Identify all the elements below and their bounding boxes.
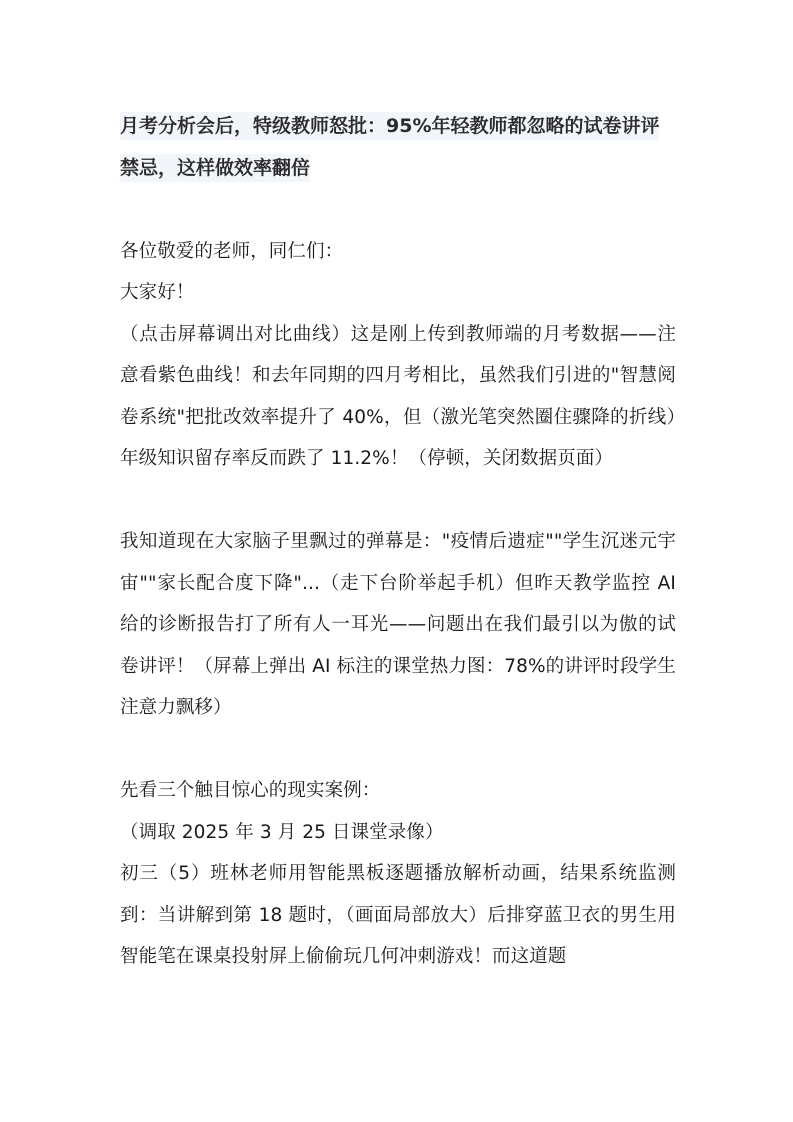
blank-line [120, 729, 676, 771]
document-page: 月考分析会后，特级教师怒批：95%年轻教师都忽略的试卷讲评禁忌，这样做效率翻倍 … [120, 106, 676, 978]
title-text: 月考分析会后，特级教师怒批：95%年轻教师都忽略的试卷讲评禁忌，这样做效率翻倍 [120, 112, 659, 182]
paragraph-ai-diagnosis: 我知道现在大家脑子里飘过的弹幕是："疫情后遗症""学生沉迷元宇宙""家长配合度下… [120, 521, 676, 729]
case-text: 初三（5）班林老师用智能黑板逐题播放解析动画，结果系统监测到：当讲解到第 18 … [120, 853, 676, 978]
blank-line [120, 480, 676, 522]
document-title: 月考分析会后，特级教师怒批：95%年轻教师都忽略的试卷讲评禁忌，这样做效率翻倍 [120, 106, 676, 189]
greeting: 各位敬爱的老师，同仁们： [120, 231, 676, 273]
blank-line [120, 189, 676, 231]
case-note: （调取 2025 年 3 月 25 日课堂录像） [120, 812, 676, 854]
hello-line: 大家好！ [120, 272, 676, 314]
cases-intro: 先看三个触目惊心的现实案例： [120, 770, 676, 812]
paragraph-data-intro: （点击屏幕调出对比曲线）这是刚上传到教师端的月考数据——注意看紫色曲线！和去年同… [120, 314, 676, 480]
